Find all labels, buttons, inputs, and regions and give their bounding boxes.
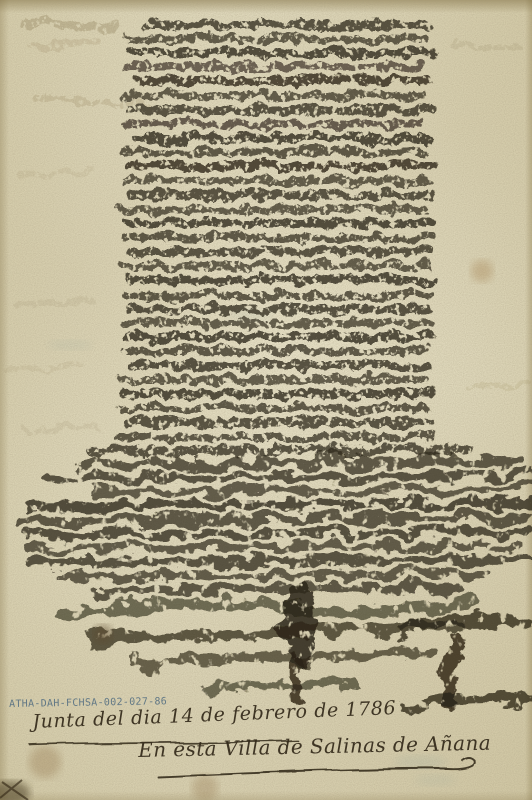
document-scan: ATHA-DAH-FCHSA-002-027-86 Junta del dia … <box>0 0 532 800</box>
smudge-line <box>95 489 532 493</box>
paper-stain <box>192 775 218 800</box>
ghost-mark <box>35 99 150 103</box>
ink-blob-tail <box>293 655 297 702</box>
smudge-line <box>90 449 470 451</box>
ink-blob-center <box>283 584 317 660</box>
bleed-mark <box>415 774 455 786</box>
ink-offset-artwork <box>0 0 532 800</box>
smudge-line <box>60 573 480 577</box>
paper-stain <box>29 746 61 778</box>
bleed-mark <box>394 755 446 769</box>
paper-stain <box>471 260 493 282</box>
ghost-mark <box>25 22 115 28</box>
bleed-mark <box>48 340 92 350</box>
smudge-line <box>18 517 528 521</box>
ghost-mark <box>470 384 528 388</box>
smudge-line <box>95 587 460 591</box>
smudge-line <box>25 503 532 507</box>
smudge-line <box>28 559 530 563</box>
paper-stain <box>94 625 112 643</box>
smudge-line <box>30 531 532 535</box>
smudge-line <box>22 545 520 549</box>
ghost-mark <box>20 426 100 430</box>
smudge-line <box>80 461 520 465</box>
ghost-mark <box>10 366 80 370</box>
smudge-line <box>40 475 530 479</box>
